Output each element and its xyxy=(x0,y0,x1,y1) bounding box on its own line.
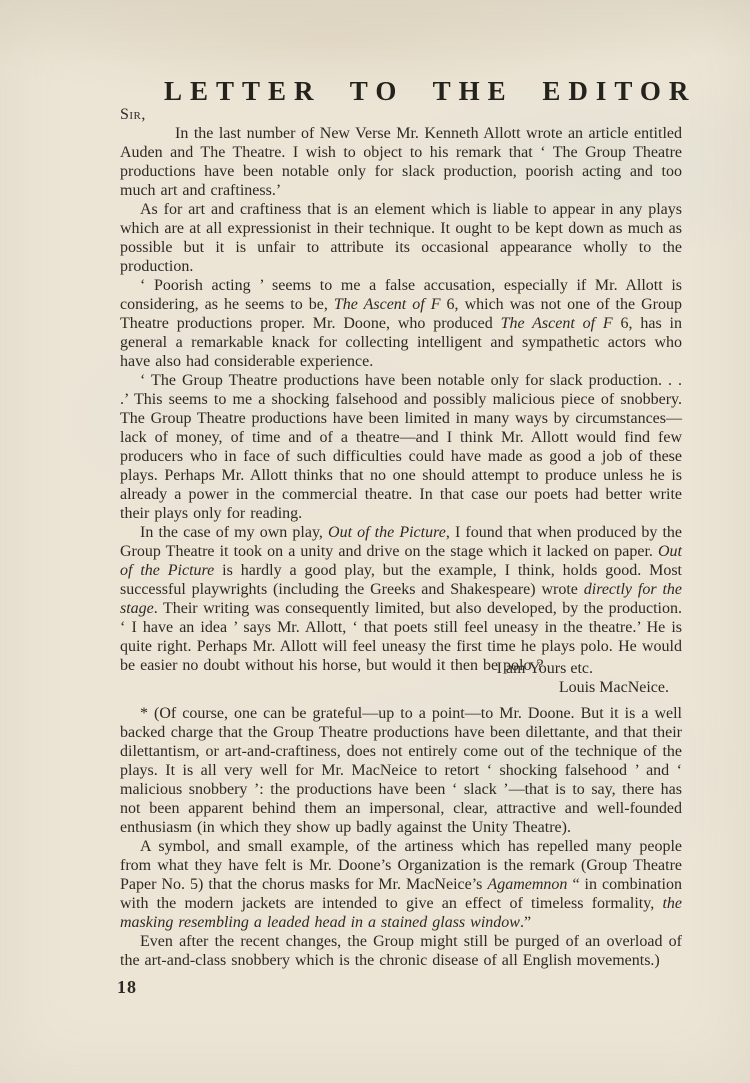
footnote-paragraph: A symbol, and small example, of the arti… xyxy=(120,837,682,932)
page-title: LETTER TO THE EDITOR xyxy=(120,76,682,107)
paragraph: ‘ The Group Theatre productions have bee… xyxy=(120,371,682,523)
salutation: Sir, xyxy=(120,105,682,124)
page-number: 18 xyxy=(117,977,137,998)
paragraph: ‘ Poorish acting ’ seems to me a false a… xyxy=(120,276,682,371)
scanned-page: LETTER TO THE EDITOR Sir, In the last nu… xyxy=(0,0,750,1083)
paragraph: As for art and craftiness that is an ele… xyxy=(120,200,682,276)
footnote-paragraph: * (Of course, one can be grateful—up to … xyxy=(120,704,682,837)
paragraph: In the last number of New Verse Mr. Kenn… xyxy=(120,124,682,200)
footnote-paragraph: Even after the recent changes, the Group… xyxy=(120,932,682,970)
paragraph: In the case of my own play, Out of the P… xyxy=(120,523,682,675)
signature: Louis MacNeice. xyxy=(120,678,682,697)
letter-body: Sir, In the last number of New Verse Mr.… xyxy=(120,105,682,970)
